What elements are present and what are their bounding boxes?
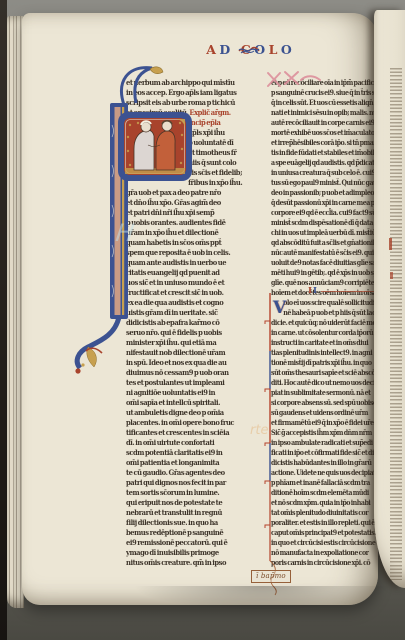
pink-thread-stitch	[265, 68, 323, 90]
text-line: filij dilectionis sue. in quo ha	[126, 518, 261, 528]
photo-background-edge	[0, 0, 7, 640]
text-line: chi in uos ut impleā uerbū dī. mist̃iū	[271, 228, 385, 238]
text-line: tificantes et crescentes in sciēia	[126, 428, 261, 438]
text-line: poris carnis in circūcisione xp̄i. cō	[271, 558, 385, 568]
text-line: ymago dī inuisibilis primoge	[126, 548, 261, 558]
next-page-edge	[374, 10, 405, 588]
text-line: diuimus nō cessam9 p uob oran	[126, 368, 261, 378]
text-line: si corpore absens sū. sed spū uobiscū	[271, 398, 385, 408]
text-line: sūt om̄s thesauri sapīe et sciē abscō	[271, 368, 385, 378]
text-line: uoluit de9 notas facē diuitias glīe sacr…	[271, 258, 385, 268]
text-line: in quo et circūcisi estis circūcisione	[271, 538, 385, 548]
text-line: in carne. ut cōsolentur corda ip̄orū	[271, 328, 385, 338]
text-line: nē habeā p uob et p hiis q̄ sūt lao	[271, 308, 385, 318]
text-line: nitus om̄is creature. qm̃ in ipso	[126, 558, 261, 568]
text-line: q̄ desūt passionū xp̄i in carne mea p	[271, 198, 385, 208]
text-line: te cū gaudio. Gr̄as agentes deo	[126, 468, 261, 478]
text-line: nati et inimici sēsu in opib; malis. nūc	[271, 108, 385, 118]
text-line: poraliter. et estis in illo repleti. qui…	[271, 518, 385, 528]
text-line: dicistis habūdantes in illo in gr̄arū	[271, 458, 385, 468]
right-text-column: et p eū recōciliare oīa in ip̄m̃ pacific…	[271, 78, 385, 568]
text-line: corpore ei9 qd ē eccl̄ia. cui9 fact9 sū …	[271, 208, 385, 218]
text-line: instructi in caritate et in om̄s diui	[271, 338, 385, 348]
text-line: in ipso ambulate radicati et sup̃edi	[271, 438, 385, 448]
intercolumn-pen-line	[262, 293, 282, 593]
text-line: p phīam et inanē fallaciā scdm tra	[271, 478, 385, 488]
text-line: diti. Hoc autē dico ut nemo uos deci	[271, 378, 385, 388]
text-line: nebrarū et transtulit in regnū	[126, 508, 261, 518]
text-line: om̄i sapīa et intellcū spiritali.	[126, 398, 261, 408]
text-line: tem sortis sc̄orum in lumine.	[126, 488, 261, 498]
text-line: mēti hui9 in gētib;. qd ē xp̄s in uob sp…	[271, 268, 385, 278]
chapter-wrapped-lines: olo eī uos scire qualē sollicitudinē hab…	[271, 298, 385, 318]
text-line: tias plenitudinis intellect9. in agni	[271, 348, 385, 358]
text-line: ei9 remissionē peccatorū. qui ē	[126, 538, 261, 548]
text-line: deo in passionib; p uob et adimpleo ea	[271, 188, 385, 198]
text-line: nō manufacta in expoliatione cor	[271, 548, 385, 558]
text-line: olo eī uos scire qualē sollicitudi	[271, 298, 385, 308]
watermark-fragment: rte	[250, 423, 268, 438]
text-line: in uniusa creatura q̄ sub celo ē. cui9 f…	[271, 168, 385, 178]
text-line: et irrep̃hēsibiles corā ip̄o. si tn̄ pma…	[271, 138, 385, 148]
catchword-box: ī bap̃mo	[251, 570, 291, 583]
text-line: autē recōciliauit in corpe carnis ei9 p	[271, 118, 385, 128]
text-line: tat om̄is plenitudo diuinitatis cor	[271, 508, 385, 518]
text-line: minist̃ scdm dispēsationē dī q̄ data ē m…	[271, 218, 385, 228]
text-line: dī. in om̄i uirtute confortati	[126, 438, 261, 448]
text-line: qui eripuit nos de potestate te	[126, 498, 261, 508]
text-line: caput om̄is principat9 et potestatis.	[271, 528, 385, 538]
text-line: Sic̃ g̃ accepistis ih̄m xp̄m dn̄m nr̄m	[271, 428, 385, 438]
header-right-flourish-icon	[238, 43, 260, 57]
manuscript-page: ADCOLO et uerbum ab archippo qui mīstīui…	[22, 13, 378, 605]
text-line: ni agnitiōe uoluntatis ei9 in	[126, 388, 261, 398]
next-page-red-mark	[390, 272, 393, 279]
header-letter: D	[219, 43, 230, 57]
text-line: ditionē hoīm scdm elemēta mūdi	[271, 488, 385, 498]
text-line: ficati in ip̄o et cōfirmati fide sic̃ et…	[271, 448, 385, 458]
text-line: nūc autē manifestatū ē sc̄is ei9. quib;	[271, 248, 385, 258]
initial-letter-value: P	[22, 13, 23, 14]
text-line: dicie. et quicūq; nō uiderūt faciē meā	[271, 318, 385, 328]
text-line: tes et postulantes ut impleami	[126, 378, 261, 388]
chapter-body-lines: dicie. et quicūq; nō uiderūt faciē meāin…	[271, 318, 385, 568]
next-page-red-initial	[389, 238, 392, 250]
next-page-text-column	[390, 68, 402, 580]
text-line: sū gaudens et uidens ordinē ur̄m	[271, 408, 385, 418]
text-line: tis in fide fūdati et stabiles et im̄obi…	[271, 148, 385, 158]
text-line: actione. Uidete ne quis uos decipiat	[271, 468, 385, 478]
text-line: ut ambuletis digne deo p om̄ia	[126, 408, 261, 418]
chapter-numeral-blue: I	[313, 287, 318, 296]
text-line: bemus redēptionē p sanguinē	[126, 528, 261, 538]
text-line: om̄i patientia et longanimita	[126, 458, 261, 468]
body-lines: et p eū recōciliare oīa in ip̄m̃ pacific…	[271, 78, 385, 298]
text-line: q̄ in celis sūt. Et uos cū essetis aliqn…	[271, 98, 385, 108]
text-line: tus sū ego paul9 minist̃. Qui nūc gau	[271, 178, 385, 188]
text-line: tionē mist̃ij dī patris xp̄i ih̄u. in qu…	[271, 358, 385, 368]
header-letter: O	[281, 43, 292, 57]
chapter-number-marker: II	[308, 286, 384, 296]
text-line: scdm potentiā claritatis ei9 in	[126, 448, 261, 458]
text-line: mortē exhibē uos sc̄os et im̄aculatos	[271, 128, 385, 138]
text-line: et nō scdm xp̄m. quia in ip̄o inhabi	[271, 498, 385, 508]
illuminated-initial-p	[62, 55, 202, 365]
header-letter: A	[206, 43, 216, 57]
text-line: qd abscōditū fuit a sc̄lis et gn̄ationib…	[271, 238, 385, 248]
header-letter: L	[269, 43, 278, 57]
text-line: a spe euāgelij qd audistis. qd p̃dicatū …	[271, 158, 385, 168]
text-line: et firmamētū ei9 q̄ in xp̄o ē fidei ur̄e…	[271, 418, 385, 428]
text-line: piat in sublimitate sermonū. nā et	[271, 388, 385, 398]
book-shadow	[120, 586, 405, 626]
text-line: placentes. in om̄i opere bono fruc	[126, 418, 261, 428]
text-line: patri qui dignos nos fecit in par	[126, 478, 261, 488]
